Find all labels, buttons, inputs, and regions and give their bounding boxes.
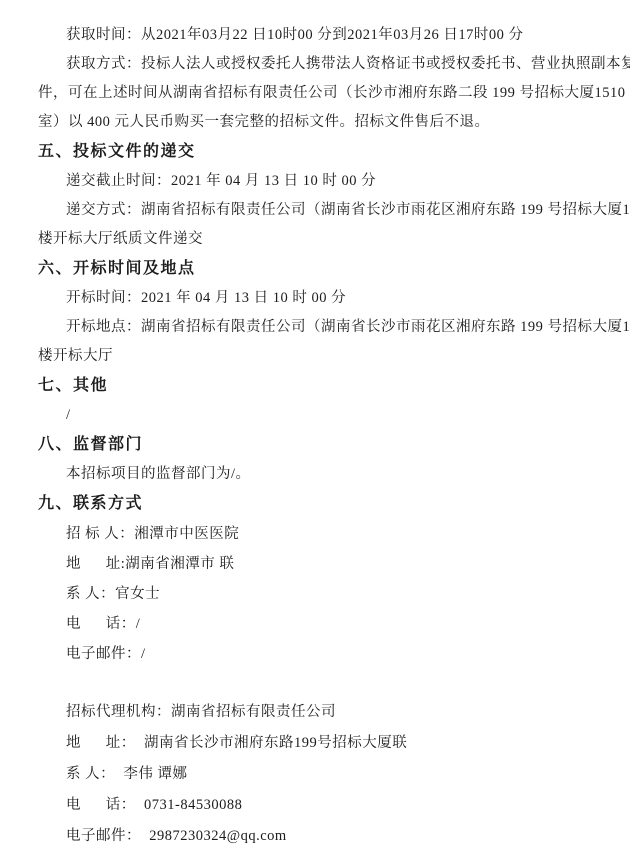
obtain-method-line-1: 获取方式：投标人法人或授权委托人携带法人资格证书或授权委托书、营业执照副本复印 — [38, 50, 594, 79]
submission-deadline-line: 递交截止时间：2021 年 04 月 13 日 10 时 00 分 — [38, 167, 594, 196]
agency-address-line: 地 址： 湖南省长沙市湘府东路199号招标大厦联 — [38, 728, 594, 759]
section5-heading: 五、投标文件的递交 — [38, 137, 594, 167]
tenderer-address-line: 地 址:湖南省湘潭市 联 — [38, 549, 594, 579]
opening-place-line-1: 开标地点：湖南省招标有限责任公司（湖南省长沙市雨花区湘府东路 199 号招标大厦… — [38, 313, 594, 342]
section7-heading: 七、其他 — [38, 371, 594, 401]
agency-name-line: 招标代理机构：湖南省招标有限责任公司 — [38, 697, 594, 728]
section7-content-line: / — [38, 401, 594, 430]
agency-email-line: 电子邮件： 2987230324@qq.com — [38, 821, 594, 852]
opening-place-line-2: 楼开标大厅 — [38, 342, 594, 371]
obtain-method-line-2: 件，可在上述时间从湖南省招标有限责任公司（长沙市湘府东路二段 199 号招标大厦… — [38, 79, 594, 108]
tenderer-contact-block: 招 标 人：湘潭市中医医院 地 址:湖南省湘潭市 联 系 人：官女士 电 话：/… — [38, 519, 594, 669]
tenderer-contact-person-line: 系 人：官女士 — [38, 579, 594, 609]
submission-method-line-2: 楼开标大厅纸质文件递交 — [38, 225, 594, 254]
tenderer-name-line: 招 标 人：湘潭市中医医院 — [38, 519, 594, 549]
submission-method-line-1: 递交方式：湖南省招标有限责任公司（湖南省长沙市雨花区湘府东路 199 号招标大厦… — [38, 196, 594, 225]
contact-blocks-gap — [38, 669, 594, 697]
agency-contact-person-line: 系 人： 李伟 谭娜 — [38, 759, 594, 790]
opening-time-line: 开标时间：2021 年 04 月 13 日 10 时 00 分 — [38, 284, 594, 313]
tenderer-phone-line: 电 话：/ — [38, 609, 594, 639]
agency-phone-line: 电 话： 0731-84530088 — [38, 790, 594, 821]
section8-heading: 八、监督部门 — [38, 430, 594, 460]
agency-contact-block: 招标代理机构：湖南省招标有限责任公司 地 址： 湖南省长沙市湘府东路199号招标… — [38, 697, 594, 852]
section6-heading: 六、开标时间及地点 — [38, 254, 594, 284]
section9-heading: 九、联系方式 — [38, 489, 594, 519]
supervision-content-line: 本招标项目的监督部门为/。 — [38, 460, 594, 489]
obtain-time-line: 获取时间：从2021年03月22 日10时00 分到2021年03月26 日17… — [38, 21, 594, 50]
tenderer-email-line: 电子邮件：/ — [38, 639, 594, 669]
obtain-method-line-3: 室）以 400 元人民币购买一套完整的招标文件。招标文件售后不退。 — [38, 108, 594, 137]
tender-notice-document: 获取时间：从2021年03月22 日10时00 分到2021年03月26 日17… — [0, 0, 630, 863]
